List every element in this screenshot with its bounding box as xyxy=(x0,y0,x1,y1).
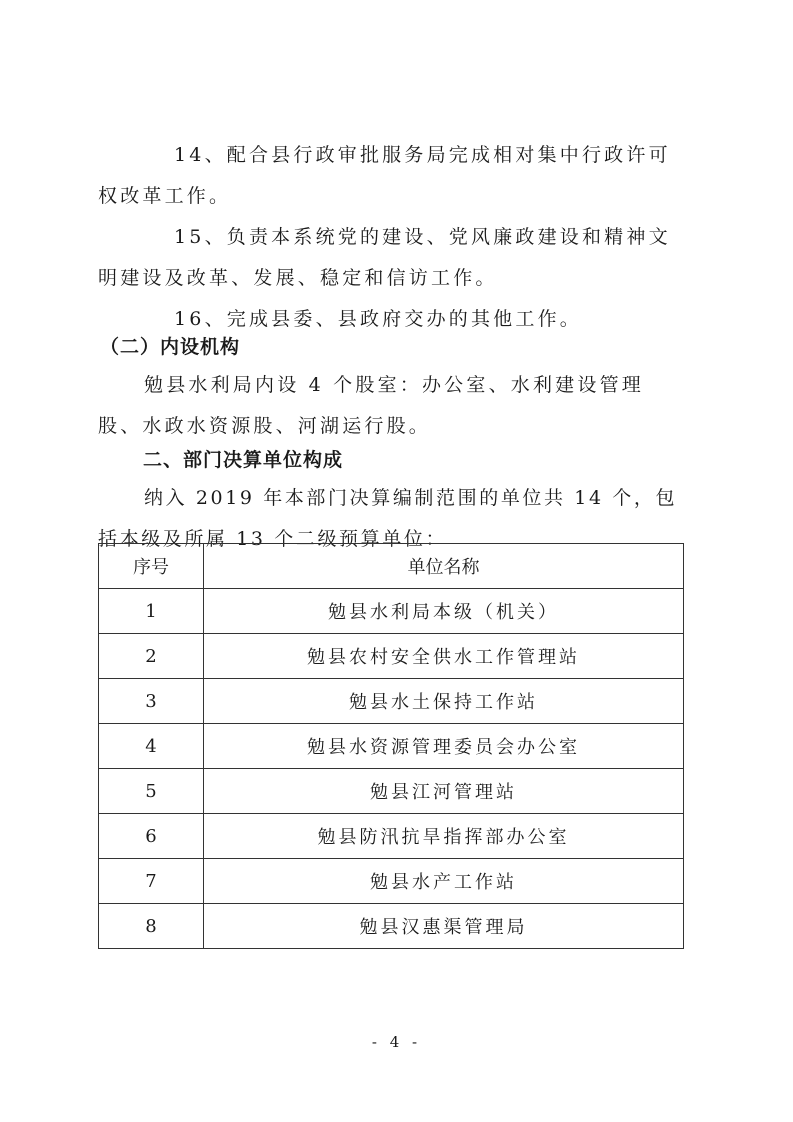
table-row: 4 勉县水资源管理委员会办公室 xyxy=(99,724,684,769)
header-serial-number: 序号 xyxy=(99,544,204,589)
cell-unit-name: 勉县水利局本级（机关） xyxy=(204,589,684,634)
paragraph-internal-structure: 勉县水利局内设 4 个股室：办公室、水利建设管理股、水政水资源股、河湖运行股。 xyxy=(98,365,688,447)
units-table: 序号 单位名称 1 勉县水利局本级（机关） 2 勉县农村安全供水工作管理站 3 … xyxy=(98,543,684,949)
table-row: 8 勉县汉惠渠管理局 xyxy=(99,904,684,949)
section-heading-internal-structure: （二）内设机构 xyxy=(100,332,240,359)
table-row: 2 勉县农村安全供水工作管理站 xyxy=(99,634,684,679)
table-row: 7 勉县水产工作站 xyxy=(99,859,684,904)
cell-unit-name: 勉县水土保持工作站 xyxy=(204,679,684,724)
cell-unit-name: 勉县水产工作站 xyxy=(204,859,684,904)
cell-unit-name: 勉县汉惠渠管理局 xyxy=(204,904,684,949)
paragraph-item-15: 15、负责本系统党的建设、党风廉政建设和精神文明建设及改革、发展、稳定和信访工作… xyxy=(98,217,688,299)
header-unit-name: 单位名称 xyxy=(204,544,684,589)
page-number: - 4 - xyxy=(0,1033,793,1051)
cell-serial-number: 2 xyxy=(99,634,204,679)
paragraph-item-14: 14、配合县行政审批服务局完成相对集中行政许可权改革工作。 xyxy=(98,135,688,217)
table-row: 5 勉县江河管理站 xyxy=(99,769,684,814)
cell-serial-number: 4 xyxy=(99,724,204,769)
cell-serial-number: 3 xyxy=(99,679,204,724)
cell-serial-number: 5 xyxy=(99,769,204,814)
cell-serial-number: 1 xyxy=(99,589,204,634)
table-row: 1 勉县水利局本级（机关） xyxy=(99,589,684,634)
cell-serial-number: 7 xyxy=(99,859,204,904)
cell-serial-number: 6 xyxy=(99,814,204,859)
table-row: 6 勉县防汛抗旱指挥部办公室 xyxy=(99,814,684,859)
table-header-row: 序号 单位名称 xyxy=(99,544,684,589)
cell-unit-name: 勉县农村安全供水工作管理站 xyxy=(204,634,684,679)
section-heading-unit-composition: 二、部门决算单位构成 xyxy=(143,445,343,472)
cell-unit-name: 勉县水资源管理委员会办公室 xyxy=(204,724,684,769)
cell-unit-name: 勉县防汛抗旱指挥部办公室 xyxy=(204,814,684,859)
cell-serial-number: 8 xyxy=(99,904,204,949)
table-row: 3 勉县水土保持工作站 xyxy=(99,679,684,724)
cell-unit-name: 勉县江河管理站 xyxy=(204,769,684,814)
